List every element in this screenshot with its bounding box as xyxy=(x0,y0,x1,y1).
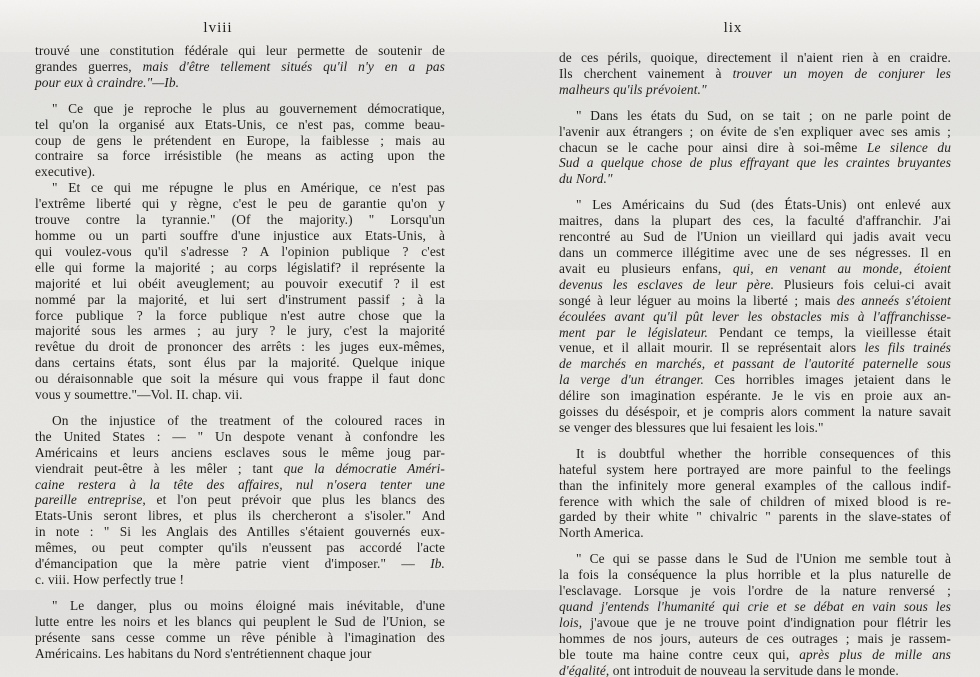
text-run: venue, et il allait mourir. Il se représ… xyxy=(559,340,864,355)
text-run: elle qui forme la majorité ; au corps lé… xyxy=(35,260,445,275)
text-run: grandes guerres, xyxy=(35,59,143,74)
paragraph: On the injustice of the treatment of the… xyxy=(35,413,445,588)
text-line: mêmes, ou peut compter qu'ils n'eussent … xyxy=(35,540,445,556)
text-run: , j'avoue que je ne trouve point d'indig… xyxy=(579,615,951,630)
text-run: On the injustice of the treatment of the… xyxy=(52,413,445,428)
text-line: garded by their white " chivalric " pare… xyxy=(559,509,951,525)
italic-text-run: quand j'entends l'humanité qui crie et s… xyxy=(559,599,951,614)
text-line: viendrait peut-être à les mêler ; tant q… xyxy=(35,461,445,477)
text-line: présente sans cesse comme un rêve pénibl… xyxy=(35,630,445,646)
italic-text-run: trouver un moyen de conjurer les xyxy=(733,66,951,81)
paragraph: " Les Américains du Sud (des États-Unis)… xyxy=(559,197,951,436)
text-run: force publique ? la force publique n'est… xyxy=(35,308,445,323)
text-line: Etats-Unis seront libres, et plus ils ch… xyxy=(35,508,445,524)
text-run: " Ce que je reproche le plus au gouverne… xyxy=(52,101,445,116)
text-line: lutte entre les noirs et les blancs qui … xyxy=(35,614,445,630)
text-run: hateful system here portrayed are more p… xyxy=(559,462,951,477)
paragraph: de ces périls, quoique, directement il n… xyxy=(559,50,951,98)
text-run: " Dans les états du Sud, on se tait ; on… xyxy=(576,108,951,123)
text-run: homme ou un parti souffre d'une injustic… xyxy=(35,228,445,243)
text-run: maitres, dans la plupart des ces, la fac… xyxy=(559,213,951,228)
text-line: than the infinitely more general example… xyxy=(559,478,951,494)
text-line: c. viii. How perfectly true ! xyxy=(35,572,445,588)
text-line: caine restera à la tête des affaires, nu… xyxy=(35,477,445,493)
text-run: se venger des blessures que lui fesaient… xyxy=(559,420,824,435)
text-line: Américains et leurs anciens esclaves sou… xyxy=(35,445,445,461)
italic-text-run: Le silence du xyxy=(867,140,951,155)
italic-text-run: caine restera à la tête des affaires, nu… xyxy=(35,477,445,492)
text-run: contraire sa force irrésistible (he mean… xyxy=(35,148,445,163)
book-spread: lviii trouvé une constitution fédérale q… xyxy=(0,0,980,677)
text-line: venue, et il allait mourir. Il se représ… xyxy=(559,340,951,356)
text-line: trouve contre la tyrannie." (Of the majo… xyxy=(35,212,445,228)
text-run: dans un commerce illégitime avec une de … xyxy=(559,245,951,260)
text-line: la fois la conséquence la plus horrible … xyxy=(559,567,951,583)
text-run: hommes de nos jours, auteurs de ces outr… xyxy=(559,631,951,646)
text-run: lutte entre les noirs et les blancs qui … xyxy=(35,614,445,629)
text-run: Américains. Les habitans du Nord s'entré… xyxy=(35,646,371,661)
text-line: du Nord." xyxy=(559,171,951,187)
text-line: goisses du déséspoir, et je compris alor… xyxy=(559,404,951,420)
text-run: Plusieurs fois celui-ci avait xyxy=(774,277,951,292)
text-line: trouvé une constitution fédérale qui leu… xyxy=(35,43,445,59)
italic-text-run: du Nord." xyxy=(559,171,613,186)
text-run: Ces horribles images jetaient dans le xyxy=(704,372,951,387)
text-line: On the injustice of the treatment of the… xyxy=(35,413,445,429)
right-page-number: lix xyxy=(537,20,929,37)
text-run: songé à leur léguer au moins la liberté … xyxy=(559,293,837,308)
text-line: " Dans les états du Sud, on se tait ; on… xyxy=(559,108,951,124)
text-run: " Ce qui se passe dans le Sud de l'Union… xyxy=(576,551,951,566)
text-line: délire son imagination espérante. Je le … xyxy=(559,388,951,404)
text-line: revêtue du droit de prononcer des arrêts… xyxy=(35,339,445,355)
paragraph: " Ce que je reproche le plus au gouverne… xyxy=(35,101,445,181)
paragraph: " Et ce qui me répugne le plus en Amériq… xyxy=(35,180,445,403)
text-run: avait eu plusieurs enfans, xyxy=(559,261,733,276)
italic-text-run: pareille entreprise xyxy=(35,492,142,507)
text-run: l'avenir aux étrangers ; on évite de s'e… xyxy=(559,124,951,139)
text-run: l'esclavage. Lorsque je vois l'ordre de … xyxy=(559,583,951,598)
text-line: executive). xyxy=(35,164,445,180)
text-run: coup de gens le prétendent en Europe, la… xyxy=(35,133,445,148)
right-page-text: de ces périls, quoique, directement il n… xyxy=(559,43,951,677)
italic-text-run: après plus de mille ans xyxy=(799,647,951,662)
text-run: " Et ce qui me répugne le plus en Amériq… xyxy=(52,180,445,195)
text-line: in note : " Si les Anglais des Antilles … xyxy=(35,524,445,540)
text-line: devenus les esclaves de leur père. Plusi… xyxy=(559,277,951,293)
text-line: North America. xyxy=(559,525,951,541)
left-page-text: trouvé une constitution fédérale qui leu… xyxy=(35,43,445,662)
paragraph: trouvé une constitution fédérale qui leu… xyxy=(35,43,445,91)
text-line: ou déraisonnable que soit la mésure qui … xyxy=(35,371,445,387)
text-line: pareille entreprise, et l'on peut prévoi… xyxy=(35,492,445,508)
text-line: " Ce que je reproche le plus au gouverne… xyxy=(35,101,445,117)
text-run: , et l'on peut prévoir que plus les blan… xyxy=(142,492,445,507)
text-line: quand j'entends l'humanité qui crie et s… xyxy=(559,599,951,615)
italic-text-run: de marchés en marchés, et passant de l'a… xyxy=(559,356,951,371)
text-line: " Les Américains du Sud (des États-Unis)… xyxy=(559,197,951,213)
text-line: dans un commerce illégitime avec une de … xyxy=(559,245,951,261)
text-run: garded by their white " chivalric " pare… xyxy=(559,509,951,524)
left-page-number: lviii xyxy=(13,20,423,37)
text-run: nommé par la majorité, et lui sert d'ins… xyxy=(35,292,445,307)
text-run: executive). xyxy=(35,164,95,179)
italic-text-run: d'égalité xyxy=(559,663,606,677)
right-page: lix de ces périls, quoique, directement … xyxy=(559,0,951,677)
text-line: " Ce qui se passe dans le Sud de l'Union… xyxy=(559,551,951,567)
text-run: viendrait peut-être à les mêler ; tant xyxy=(35,461,284,476)
text-line: pour eux à craindre."—Ib. xyxy=(35,75,445,91)
text-line: dans certains états, sont élus par la ma… xyxy=(35,355,445,371)
italic-text-run: écoulées avant qu'il pût lever les obsta… xyxy=(559,309,951,324)
text-run: goisses du déséspoir, et je compris alor… xyxy=(559,404,951,419)
text-line: " Et ce qui me répugne le plus en Amériq… xyxy=(35,180,445,196)
text-line: la verge d'un étranger. Ces horribles im… xyxy=(559,372,951,388)
italic-text-run: pour eux à craindre."—Ib. xyxy=(35,75,179,90)
text-run: majorité et lui obéit aveuglement; au po… xyxy=(35,276,445,291)
text-run: , ont introduit de nouveau la servitude … xyxy=(606,663,899,677)
text-line: contraire sa force irrésistible (he mean… xyxy=(35,148,445,164)
text-run: c. viii. How perfectly true ! xyxy=(35,572,184,587)
text-line: lois, j'avoue que je ne trouve point d'i… xyxy=(559,615,951,631)
text-run: trouve contre la tyrannie." (Of the majo… xyxy=(35,212,445,227)
italic-text-run: ment par le législateur. xyxy=(559,325,708,340)
paragraph: " Ce qui se passe dans le Sud de l'Union… xyxy=(559,551,951,677)
text-line: d'émancipation que la mère patrie vient … xyxy=(35,556,445,572)
text-run: North America. xyxy=(559,525,644,540)
left-page: lviii trouvé une constitution fédérale q… xyxy=(35,0,445,662)
text-run: délire son imagination espérante. Je le … xyxy=(559,388,951,403)
text-line: avait eu plusieurs enfans, qui, en venan… xyxy=(559,261,951,277)
text-line: force publique ? la force publique n'est… xyxy=(35,308,445,324)
italic-text-run: la verge d'un étranger. xyxy=(559,372,704,387)
text-run: majorité sous les armes ; au jury ? le j… xyxy=(35,323,445,338)
text-line: " Le danger, plus ou moins éloigné mais … xyxy=(35,598,445,614)
italic-text-run: qui, en venant au monde, étoient xyxy=(733,261,951,276)
text-line: hateful system here portrayed are more p… xyxy=(559,462,951,478)
text-line: It is doubtful whether the horrible cons… xyxy=(559,446,951,462)
text-run: trouvé une constitution fédérale qui leu… xyxy=(35,43,445,58)
text-line: coup de gens le prétendent en Europe, la… xyxy=(35,133,445,149)
text-line: ble toute ma haine contre ceux qui, aprè… xyxy=(559,647,951,663)
text-run: revêtue du droit de prononcer des arrêts… xyxy=(35,339,445,354)
text-line: majorité sous les armes ; au jury ? le j… xyxy=(35,323,445,339)
italic-text-run: malheurs qu'ils prévoient." xyxy=(559,82,707,97)
text-run: chacun se le cache pour ainsi dire à soi… xyxy=(559,140,867,155)
text-run: than the infinitely more general example… xyxy=(559,478,951,493)
text-line: majorité et lui obéit aveuglement; au po… xyxy=(35,276,445,292)
text-run: qui voulez-vous qu'il s'adresse ? A l'op… xyxy=(35,244,445,259)
text-line: tel qu'on la organisé aux Etats-Unis, ce… xyxy=(35,117,445,133)
text-line: ment par le législateur. Pendant ce temp… xyxy=(559,325,951,341)
text-run: rencontré au Sud de l'Union un vieillard… xyxy=(559,229,951,244)
text-run: vous y soumettre."—Vol. II. chap. vii. xyxy=(35,387,243,402)
text-run: " Le danger, plus ou moins éloigné mais … xyxy=(52,598,445,613)
text-run: Ils cherchent vainement à xyxy=(559,66,733,81)
italic-text-run: mais d'être tellement situés qu'il n'y e… xyxy=(143,59,445,74)
text-line: qui voulez-vous qu'il s'adresse ? A l'op… xyxy=(35,244,445,260)
italic-text-run: devenus les esclaves de leur père. xyxy=(559,277,774,292)
italic-text-run: Ib. xyxy=(430,556,445,571)
text-run: de ces périls, quoique, directement il n… xyxy=(559,50,951,65)
text-run: Américains et leurs anciens esclaves sou… xyxy=(35,445,445,460)
text-run: in note : " Si les Anglais des Antilles … xyxy=(35,524,445,539)
italic-text-run: les fils trainés xyxy=(864,340,951,355)
text-run: ference with which the sale of children … xyxy=(559,494,951,509)
text-run: l'extrême liberté qui y règne, c'est le … xyxy=(35,196,445,211)
text-line: Américains. Les habitans du Nord s'entré… xyxy=(35,646,445,662)
italic-text-run: que la démocratie Améri- xyxy=(284,461,445,476)
text-line: elle qui forme la majorité ; au corps lé… xyxy=(35,260,445,276)
text-line: l'avenir aux étrangers ; on évite de s'e… xyxy=(559,124,951,140)
text-run: d'émancipation que la mère patrie vient … xyxy=(35,556,430,571)
text-run: ou déraisonnable que soit la mésure qui … xyxy=(35,371,445,386)
text-line: grandes guerres, mais d'être tellement s… xyxy=(35,59,445,75)
text-line: the United States : — " Un despote venan… xyxy=(35,429,445,445)
text-line: Ils cherchent vainement à trouver un moy… xyxy=(559,66,951,82)
text-run: Etats-Unis seront libres, et plus ils ch… xyxy=(35,508,445,523)
text-run: " Les Américains du Sud (des États-Unis)… xyxy=(576,197,951,212)
italic-text-run: des anneés s'étoient xyxy=(837,293,951,308)
text-line: écoulées avant qu'il pût lever les obsta… xyxy=(559,309,951,325)
italic-text-run: Sud a quelque chose de plus effrayant qu… xyxy=(559,155,951,170)
text-line: de marchés en marchés, et passant de l'a… xyxy=(559,356,951,372)
text-line: vous y soumettre."—Vol. II. chap. vii. xyxy=(35,387,445,403)
text-line: se venger des blessures que lui fesaient… xyxy=(559,420,951,436)
text-run: the United States : — " Un despote venan… xyxy=(35,429,445,444)
text-run: It is doubtful whether the horrible cons… xyxy=(576,446,951,461)
text-line: songé à leur léguer au moins la liberté … xyxy=(559,293,951,309)
text-line: rencontré au Sud de l'Union un vieillard… xyxy=(559,229,951,245)
text-line: maitres, dans la plupart des ces, la fac… xyxy=(559,213,951,229)
text-run: la fois la conséquence la plus horrible … xyxy=(559,567,951,582)
text-line: nommé par la majorité, et lui sert d'ins… xyxy=(35,292,445,308)
text-run: présente sans cesse comme un rêve pénibl… xyxy=(35,630,445,645)
paragraph: " Dans les états du Sud, on se tait ; on… xyxy=(559,108,951,188)
paragraph: " Le danger, plus ou moins éloigné mais … xyxy=(35,598,445,662)
paragraph: It is doubtful whether the horrible cons… xyxy=(559,446,951,541)
text-line: de ces périls, quoique, directement il n… xyxy=(559,50,951,66)
text-line: homme ou un parti souffre d'une injustic… xyxy=(35,228,445,244)
text-line: chacun se le cache pour ainsi dire à soi… xyxy=(559,140,951,156)
text-line: malheurs qu'ils prévoient." xyxy=(559,82,951,98)
text-run: ble toute ma haine contre ceux qui, xyxy=(559,647,799,662)
text-run: mêmes, ou peut compter qu'ils n'eussent … xyxy=(35,540,445,555)
text-line: ference with which the sale of children … xyxy=(559,494,951,510)
italic-text-run: lois xyxy=(559,615,579,630)
text-line: d'égalité, ont introduit de nouveau la s… xyxy=(559,663,951,677)
text-run: Pendant ce temps, la vieillesse était xyxy=(708,325,951,340)
text-line: hommes de nos jours, auteurs de ces outr… xyxy=(559,631,951,647)
text-line: Sud a quelque chose de plus effrayant qu… xyxy=(559,155,951,171)
text-run: tel qu'on la organisé aux Etats-Unis, ce… xyxy=(35,117,445,132)
text-line: l'esclavage. Lorsque je vois l'ordre de … xyxy=(559,583,951,599)
text-line: l'extrême liberté qui y règne, c'est le … xyxy=(35,196,445,212)
text-run: dans certains états, sont élus par la ma… xyxy=(35,355,445,370)
